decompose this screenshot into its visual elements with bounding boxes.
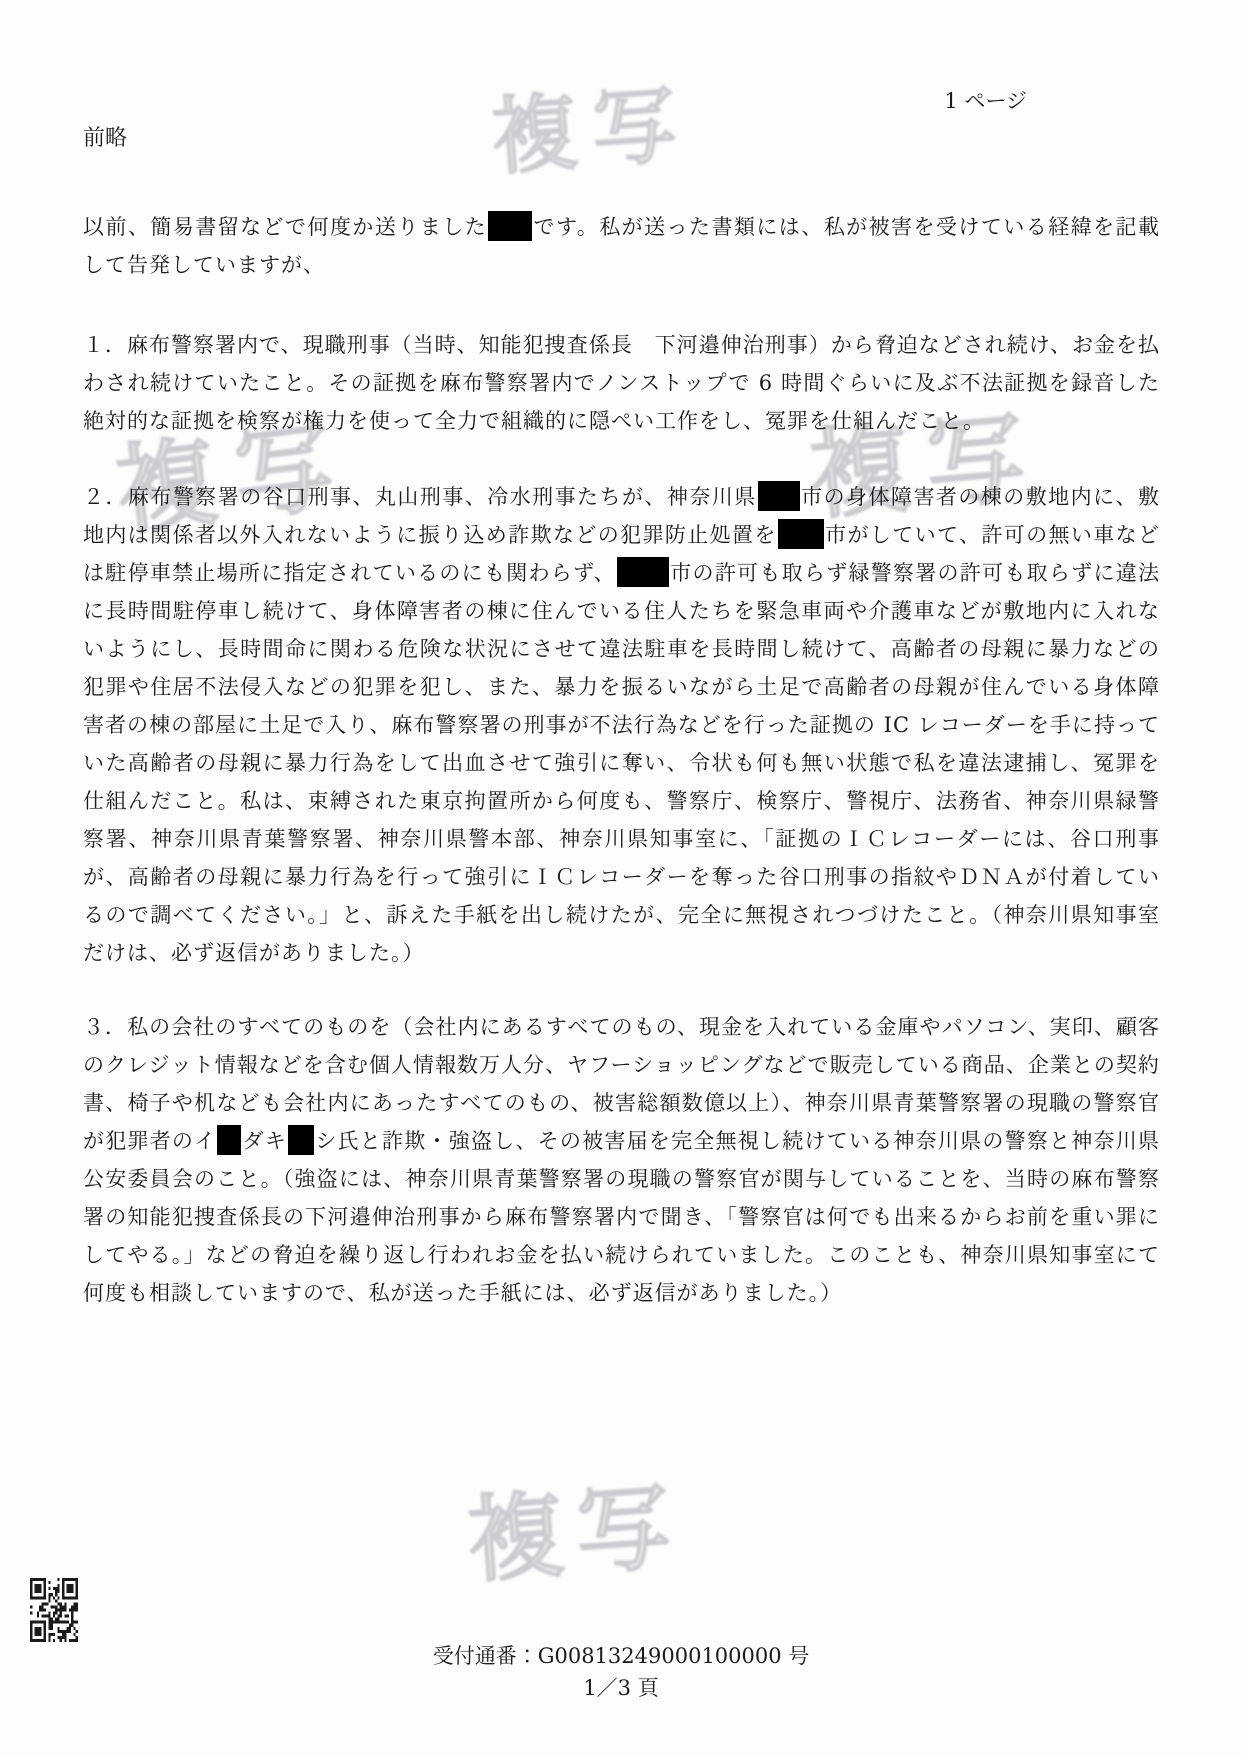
paragraph-item-1: １．麻布警察署内で、現職刑事（当時、知能犯捜査係長 下河邉伸治刑事）から脅迫など… <box>83 326 1160 440</box>
redaction-box <box>217 1125 241 1155</box>
paragraph-intro: 以前、簡易書留などで何度か送りましたです。私が送った書類には、私が被害を受けてい… <box>83 208 1160 284</box>
paragraph-item-3: ３．私の会社のすべてのものを（会社内にあるすべてのもの、現金を入れている金庫やパ… <box>83 1008 1160 1312</box>
redaction-box <box>758 481 800 511</box>
text-run: ダキ <box>242 1129 287 1153</box>
redaction-box <box>488 211 532 241</box>
text-run: 以前、簡易書留などで何度か送りました <box>83 215 487 239</box>
redaction-box <box>617 557 669 587</box>
text-run: １．麻布警察署内で、現職刑事（当時、知能犯捜査係長 下河邉伸治刑事）から脅迫など… <box>83 333 1160 433</box>
text-run: 市の許可も取らず緑警察署の許可も取らずに違法に長時間駐停車し続けて、身体障害者の… <box>83 561 1160 965</box>
page-number-label: 1 ページ <box>944 90 1027 112</box>
receipt-number: 受付通番：G00813249000100000 号 <box>0 1644 1242 1668</box>
page-indicator: 1／3 頁 <box>0 1676 1242 1700</box>
qr-code-pattern <box>30 1578 78 1642</box>
copy-watermark-stamp: 複写 <box>488 57 696 192</box>
text-run: ２．麻布警察署の谷口刑事、丸山刑事、冷水刑事たちが、神奈川県 <box>83 485 757 509</box>
paragraph-item-2: ２．麻布警察署の谷口刑事、丸山刑事、冷水刑事たちが、神奈川県市の身体障害者の棟の… <box>83 478 1160 972</box>
scanned-document-page: 複写 複写 複写 複写 1 ページ 前略 以前、簡易書留などで何度か送りましたで… <box>0 0 1242 1755</box>
redaction-box <box>288 1125 314 1155</box>
copy-watermark-stamp: 複写 <box>464 1451 689 1601</box>
text-run: シ氏と詐欺・強盗し、その被害届を完全無視し続けている神奈川県の警察と神奈川県公安… <box>83 1129 1160 1305</box>
salutation: 前略 <box>83 127 127 151</box>
qr-code <box>30 1578 78 1642</box>
redaction-box <box>778 519 824 549</box>
